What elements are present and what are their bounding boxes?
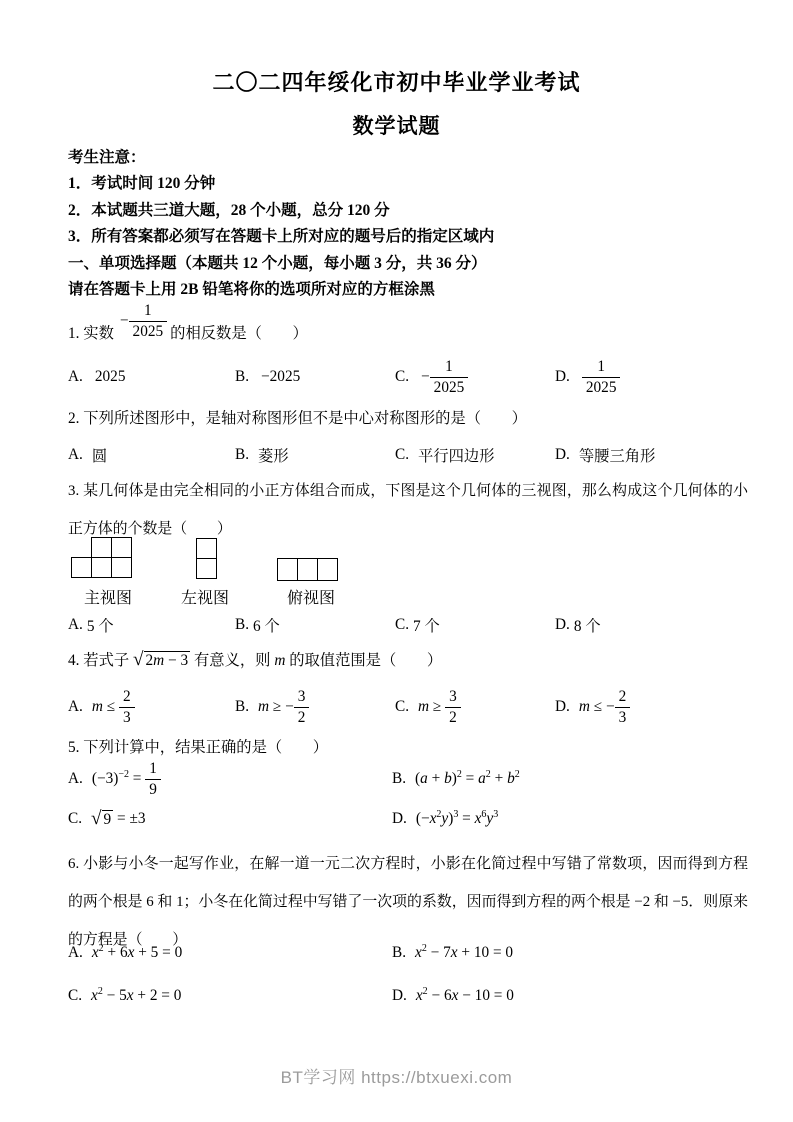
- q5-option-a-value: (−3)−2 = 19: [92, 760, 161, 798]
- q2-option-d-label: D.: [555, 446, 570, 464]
- q1-option-c: C. −12025: [395, 358, 555, 396]
- q6-option-d-label: D.: [392, 987, 407, 1005]
- front-view-cell: [111, 557, 132, 578]
- notice-heading: 考生注意：: [68, 145, 758, 171]
- q2-option-d: D. 等腰三角形: [555, 444, 758, 466]
- left-view-cell: [196, 558, 217, 579]
- q2-option-a: A. 圆: [68, 444, 235, 466]
- front-view-label: 主视图: [84, 585, 132, 608]
- q3-option-d-value: 8 个: [574, 614, 601, 636]
- q4-option-a-value: m ≤ 23: [92, 688, 135, 726]
- q3-option-a-label: A.: [68, 616, 83, 634]
- q5-option-b-label: B.: [392, 770, 406, 788]
- question-1-options: A. 2025 B. −2025 C. −12025 D. 12025: [68, 353, 758, 401]
- q1-option-a: A. 2025: [68, 368, 235, 386]
- notice-block: 考生注意： 1．考试时间 120 分钟 2．本试题共三道大题，28 个小题，总分…: [68, 145, 758, 303]
- q6-option-b: B. x2 − 7x + 10 = 0: [392, 944, 758, 962]
- watermark-text: BT学习网 https://btxuexi.com: [0, 1063, 793, 1088]
- q3-option-b-label: B.: [235, 616, 249, 634]
- q2-option-c-label: C.: [395, 446, 409, 464]
- q3-option-c: C. 7 个: [395, 614, 555, 636]
- q3-option-b: B. 6 个: [235, 614, 395, 636]
- notice-item-2: 2．本试题共三道大题，28 个小题，总分 120 分: [68, 198, 758, 224]
- q1-option-c-label: C.: [395, 368, 409, 386]
- q5-option-a: A. (−3)−2 = 19: [68, 760, 392, 798]
- question-3-stem: 3. 某几何体是由完全相同的小正方体组合而成，下图是这个几何体的三视图，那么构成…: [68, 472, 748, 548]
- q5-option-d-label: D.: [392, 810, 407, 828]
- q5-option-c-value: √9 = ±3: [91, 808, 145, 830]
- q6-option-a: A. x2 + 6x + 5 = 0: [68, 944, 392, 962]
- q5-option-a-label: A.: [68, 770, 83, 788]
- q4-option-c: C. m ≥ 32: [395, 688, 555, 726]
- page-subtitle: 数学试题: [0, 110, 793, 140]
- front-view-cell: [71, 557, 92, 578]
- left-view-cell: [196, 538, 217, 559]
- q2-option-a-label: A.: [68, 446, 83, 464]
- q4-option-c-label: C.: [395, 698, 409, 716]
- q4-option-c-value: m ≥ 32: [418, 688, 461, 726]
- notice-item-3: 3．所有答案都必须写在答题卡上所对应的题号后的指定区域内: [68, 224, 758, 250]
- q1-option-c-value: −12025: [421, 358, 468, 396]
- q5-option-b: B. (a + b)2 = a2 + b2: [392, 770, 758, 788]
- q1-option-b-value: −2025: [261, 368, 300, 386]
- front-view-cell: [91, 557, 112, 578]
- q2-option-b-value: 菱形: [258, 444, 289, 466]
- q4-option-a-label: A.: [68, 698, 83, 716]
- q4-option-d-label: D.: [555, 698, 570, 716]
- q2-option-a-value: 圆: [92, 444, 107, 466]
- q2-option-c-value: 平行四边形: [418, 444, 495, 466]
- left-view-label: 左视图: [181, 585, 229, 608]
- q2-option-c: C. 平行四边形: [395, 444, 555, 466]
- question-4-stem: 4. 若式子 √2m − 3 有意义，则 m 的取值范围是（ ）: [68, 648, 748, 671]
- q1-option-b: B. −2025: [235, 368, 395, 386]
- page-title: 二〇二四年绥化市初中毕业学业考试: [0, 66, 793, 97]
- question-3-options: A. 5 个 B. 6 个 C. 7 个 D. 8 个: [68, 614, 758, 636]
- q4-option-a: A. m ≤ 23: [68, 688, 235, 726]
- q3-option-a-value: 5 个: [87, 614, 114, 636]
- top-view-cell: [297, 558, 318, 581]
- q2-option-b-label: B.: [235, 446, 249, 464]
- q4-option-d: D. m ≤ −23: [555, 688, 758, 726]
- q6-option-c-value: x2 − 5x + 2 = 0: [91, 987, 181, 1005]
- q5-option-d-value: (−x2y)3 = x6y3: [416, 810, 498, 828]
- question-2-stem: 2. 下列所述图形中，是轴对称图形但不是中心对称图形的是（ ）: [68, 406, 748, 428]
- q1-option-d: D. 12025: [555, 358, 758, 396]
- q6-option-b-value: x2 − 7x + 10 = 0: [415, 944, 513, 962]
- q6-option-b-label: B.: [392, 944, 406, 962]
- question-2-options: A. 圆 B. 菱形 C. 平行四边形 D. 等腰三角形: [68, 444, 758, 466]
- question-1-stem: 1. 实数−12025的相反数是（ ）: [68, 302, 308, 343]
- q3-option-d: D. 8 个: [555, 614, 758, 636]
- top-view-cell: [277, 558, 298, 581]
- q3-option-a: A. 5 个: [68, 614, 235, 636]
- top-view-cell: [317, 558, 338, 581]
- question-6-options-row-2: C. x2 − 5x + 2 = 0 D. x2 − 6x − 10 = 0: [68, 987, 758, 1005]
- question-5-stem: 5. 下列计算中，结果正确的是（ ）: [68, 735, 748, 757]
- q6-option-d-value: x2 − 6x − 10 = 0: [416, 987, 514, 1005]
- q5-option-c: C. √9 = ±3: [68, 808, 392, 830]
- q2-option-b: B. 菱形: [235, 444, 395, 466]
- q3-option-b-value: 6 个: [253, 614, 280, 636]
- q6-option-d: D. x2 − 6x − 10 = 0: [392, 987, 758, 1005]
- question-4-options: A. m ≤ 23 B. m ≥ −32 C. m ≥ 32 D. m ≤ −2…: [68, 682, 758, 732]
- q1-option-a-label: A.: [68, 368, 83, 386]
- q1-option-b-label: B.: [235, 368, 249, 386]
- q2-option-d-value: 等腰三角形: [579, 444, 656, 466]
- front-view-cell: [111, 537, 132, 558]
- q4-option-b-label: B.: [235, 698, 249, 716]
- question-6-stem: 6. 小影与小冬一起写作业，在解一道一元二次方程时，小影在化简过程中写错了常数项…: [68, 845, 748, 959]
- q6-option-a-label: A.: [68, 944, 83, 962]
- question-5-options-row-2: C. √9 = ±3 D. (−x2y)3 = x6y3: [68, 803, 758, 835]
- top-view-label: 俯视图: [287, 585, 335, 608]
- q6-option-a-value: x2 + 6x + 5 = 0: [92, 944, 182, 962]
- q4-option-b-value: m ≥ −32: [258, 688, 309, 726]
- question-5-options-row-1: A. (−3)−2 = 19 B. (a + b)2 = a2 + b2: [68, 756, 758, 802]
- q5-option-b-value: (a + b)2 = a2 + b2: [415, 770, 520, 788]
- q3-option-d-label: D.: [555, 616, 570, 634]
- exam-paper-page: 二〇二四年绥化市初中毕业学业考试 数学试题 考生注意： 1．考试时间 120 分…: [0, 0, 793, 1122]
- q3-option-c-label: C.: [395, 616, 409, 634]
- q1-option-a-value: 2025: [95, 368, 126, 386]
- q1-option-d-label: D.: [555, 368, 570, 386]
- notice-item-1: 1．考试时间 120 分钟: [68, 171, 758, 197]
- q1-option-d-value: 12025: [582, 358, 621, 396]
- q3-option-c-value: 7 个: [413, 614, 440, 636]
- q4-option-b: B. m ≥ −32: [235, 688, 395, 726]
- q5-option-c-label: C.: [68, 810, 82, 828]
- section-instruction: 请在答题卡上用 2B 铅笔将你的选项所对应的方框涂黑: [68, 277, 758, 303]
- q6-option-c: C. x2 − 5x + 2 = 0: [68, 987, 392, 1005]
- question-6-options-row-1: A. x2 + 6x + 5 = 0 B. x2 − 7x + 10 = 0: [68, 944, 758, 962]
- q4-option-d-value: m ≤ −23: [579, 688, 630, 726]
- q6-option-c-label: C.: [68, 987, 82, 1005]
- front-view-cell: [91, 537, 112, 558]
- q5-option-d: D. (−x2y)3 = x6y3: [392, 810, 758, 828]
- section-heading: 一、单项选择题（本题共 12 个小题，每小题 3 分，共 36 分）: [68, 251, 758, 277]
